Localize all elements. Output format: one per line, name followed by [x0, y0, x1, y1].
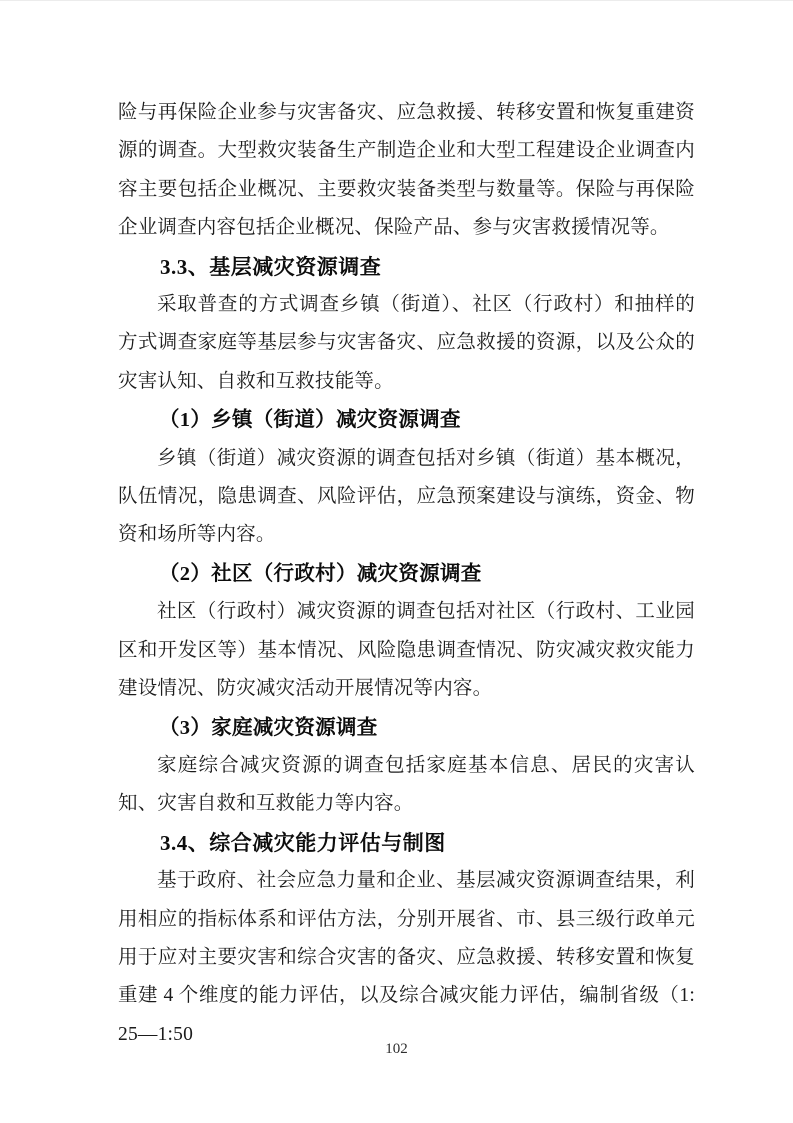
subsection-heading-1: （1）乡镇（街道）减灾资源调查	[118, 401, 695, 439]
paragraph: 采取普查的方式调查乡镇（街道）、社区（行政村）和抽样的方式调查家庭等基层参与灾害…	[118, 286, 695, 401]
paragraph-continuation: 险与再保险企业参与灾害备灾、应急救援、转移安置和恢复重建资源的调查。大型救灾装备…	[118, 94, 695, 248]
subsection-heading-2: （2）社区（行政村）减灾资源调查	[118, 555, 695, 593]
paragraph: 基于政府、社会应急力量和企业、基层减灾资源调查结果，利用相应的指标体系和评估方法…	[118, 862, 695, 1054]
paragraph: 家庭综合减灾资源的调查包括家庭基本信息、居民的灾害认知、灾害自救和互救能力等内容…	[118, 747, 695, 824]
paragraph: 社区（行政村）减灾资源的调查包括对社区（行政村、工业园区和开发区等）基本情况、风…	[118, 593, 695, 708]
page-content: 险与再保险企业参与灾害备灾、应急救援、转移安置和恢复重建资源的调查。大型救灾装备…	[118, 94, 695, 1054]
document-page: 险与再保险企业参与灾害备灾、应急救援、转移安置和恢复重建资源的调查。大型救灾装备…	[0, 0, 793, 1123]
subsection-heading-3: （3）家庭减灾资源调查	[118, 709, 695, 747]
paragraph: 乡镇（街道）减灾资源的调查包括对乡镇（街道）基本概况，队伍情况，隐患调查、风险评…	[118, 440, 695, 555]
section-heading-3-4: 3.4、综合减灾能力评估与制图	[118, 824, 695, 862]
section-heading-3-3: 3.3、基层减灾资源调查	[118, 248, 695, 286]
page-number: 102	[0, 1041, 793, 1058]
